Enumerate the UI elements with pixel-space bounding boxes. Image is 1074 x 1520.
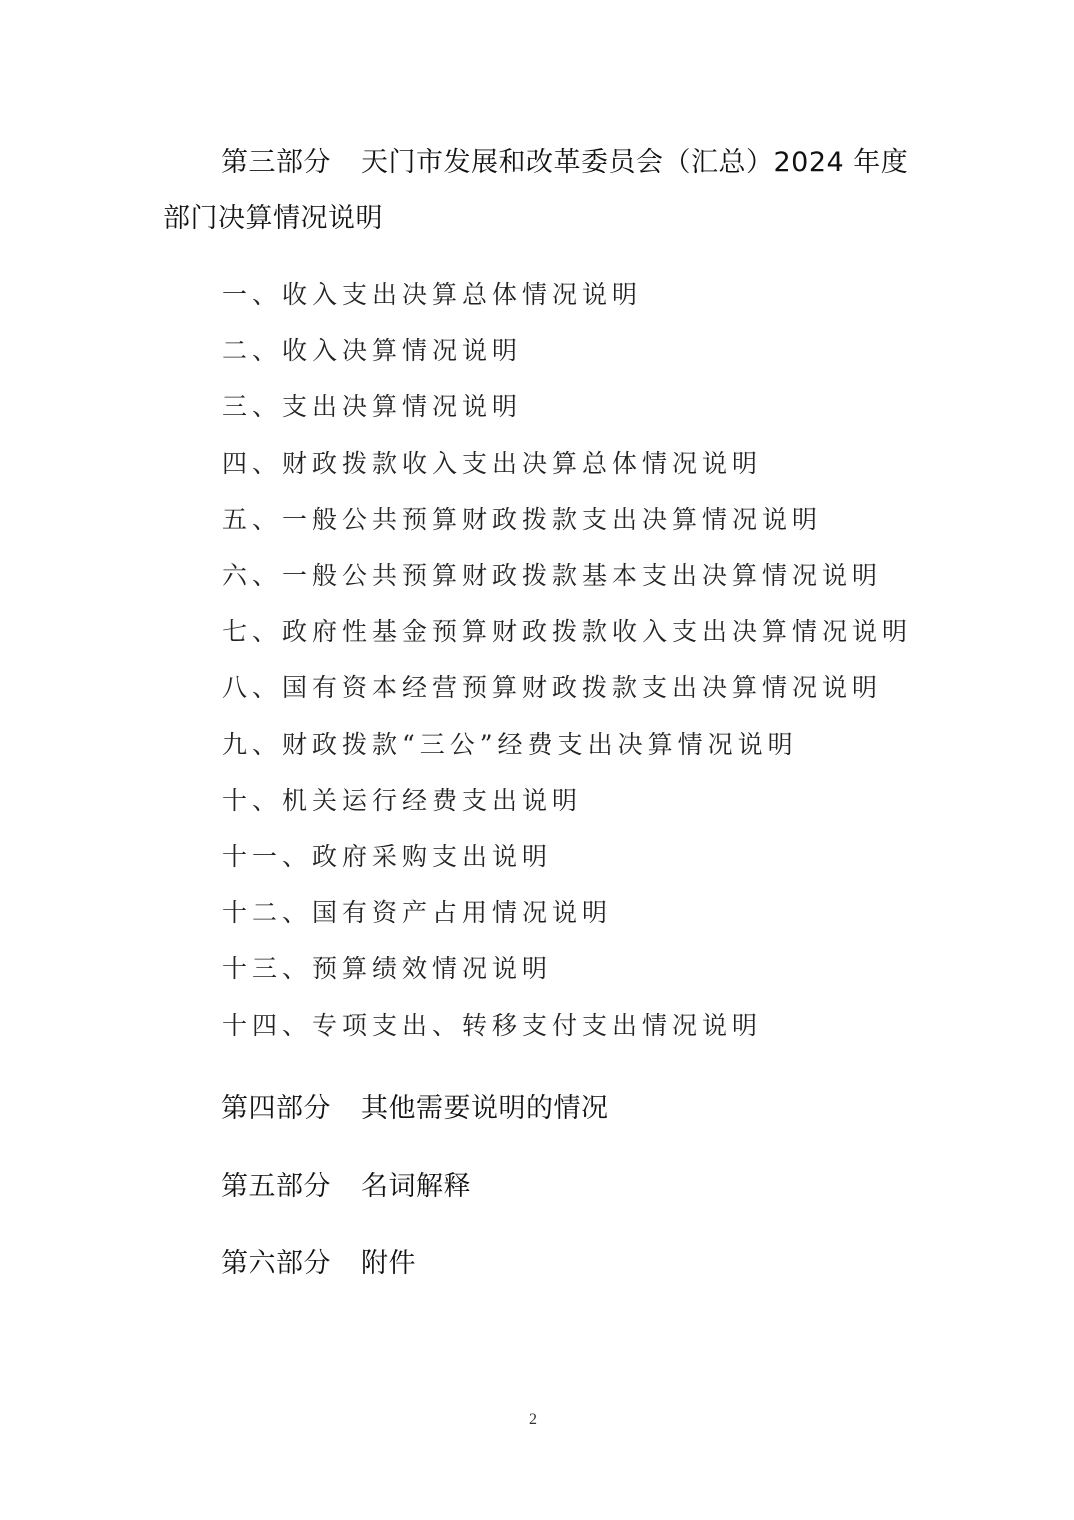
part-heading-5: 第五部分名词解释 bbox=[221, 1164, 471, 1203]
toc-item: 三、支出决算情况说明 bbox=[222, 387, 522, 423]
part-title: 名词解释 bbox=[361, 1171, 471, 1202]
part-label: 第五部分 bbox=[221, 1171, 331, 1202]
part-label: 第四部分 bbox=[221, 1093, 331, 1124]
section-heading-text: 天门市发展和改革委员会（汇总）2024 年度 bbox=[361, 147, 908, 178]
part-heading-6: 第六部分附件 bbox=[221, 1241, 416, 1280]
part-heading-4: 第四部分其他需要说明的情况 bbox=[221, 1086, 609, 1125]
toc-item: 十二、国有资产占用情况说明 bbox=[222, 893, 612, 929]
part-label: 第六部分 bbox=[221, 1248, 331, 1279]
section-heading-line1: 第三部分天门市发展和改革委员会（汇总）2024 年度 bbox=[221, 140, 908, 179]
toc-item: 十四、专项支出、转移支付支出情况说明 bbox=[222, 1006, 762, 1042]
part-title: 附件 bbox=[361, 1248, 416, 1279]
toc-item: 四、财政拨款收入支出决算总体情况说明 bbox=[222, 444, 762, 480]
page-number: 2 bbox=[529, 1411, 537, 1429]
toc-item: 八、国有资本经营预算财政拨款支出决算情况说明 bbox=[222, 668, 882, 704]
toc-item: 五、一般公共预算财政拨款支出决算情况说明 bbox=[222, 500, 822, 536]
section-heading-line2: 部门决算情况说明 bbox=[163, 196, 383, 235]
toc-item: 二、收入决算情况说明 bbox=[222, 331, 522, 367]
toc-item: 十一、政府采购支出说明 bbox=[222, 837, 552, 873]
toc-item: 一、收入支出决算总体情况说明 bbox=[222, 275, 642, 311]
toc-item: 十三、预算绩效情况说明 bbox=[222, 949, 552, 985]
toc-item: 十、机关运行经费支出说明 bbox=[222, 781, 582, 817]
section-part-label: 第三部分 bbox=[221, 147, 331, 178]
document-page: 第三部分天门市发展和改革委员会（汇总）2024 年度 部门决算情况说明 一、收入… bbox=[0, 0, 1074, 1520]
toc-item: 六、一般公共预算财政拨款基本支出决算情况说明 bbox=[222, 556, 882, 592]
toc-item: 九、财政拨款“三公”经费支出决算情况说明 bbox=[222, 725, 798, 761]
part-title: 其他需要说明的情况 bbox=[361, 1093, 609, 1124]
toc-item: 七、政府性基金预算财政拨款收入支出决算情况说明 bbox=[222, 612, 912, 648]
